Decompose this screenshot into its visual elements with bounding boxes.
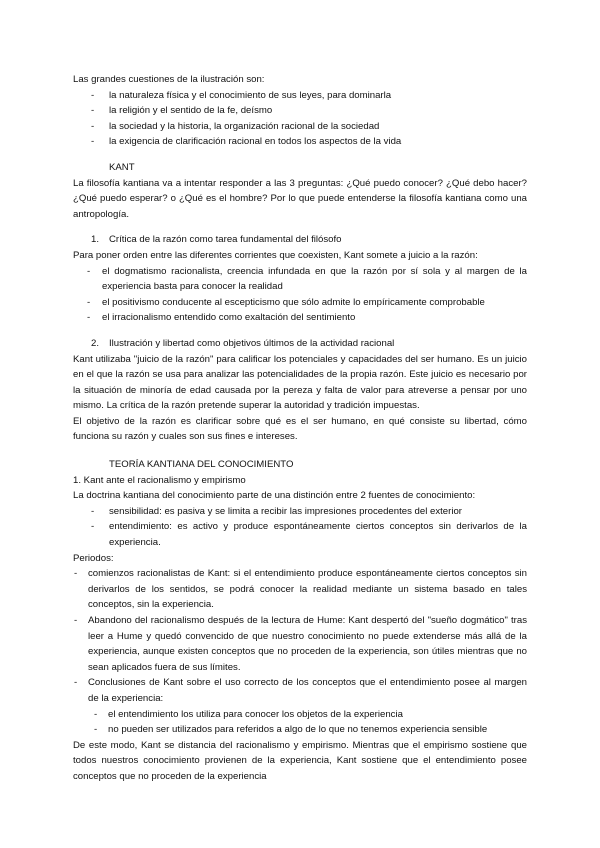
list-item: -la naturaleza física y el conocimiento … bbox=[73, 88, 527, 104]
dash-bullet: - bbox=[91, 119, 94, 135]
dash-bullet: - bbox=[74, 566, 77, 582]
document-page: Las grandes cuestiones de la ilustración… bbox=[73, 72, 527, 785]
list-item: -el irracionalismo entendido como exalta… bbox=[73, 310, 527, 326]
list-item: -sensibilidad: es pasiva y se limita a r… bbox=[73, 504, 527, 520]
list-item: -no pueden ser utilizados para referidos… bbox=[73, 722, 527, 738]
list-item: -el positivismo conducente al escepticis… bbox=[73, 295, 527, 311]
list-item: -entendimiento: es activo y produce espo… bbox=[73, 519, 527, 550]
section2-paragraph-2: El objetivo de la razón es clarificar so… bbox=[73, 414, 527, 445]
dash-bullet: - bbox=[91, 88, 94, 104]
list-item: -la sociedad y la historia, la organizac… bbox=[73, 119, 527, 135]
section2-paragraph-1: Kant utilizaba "juicio de la razón" para… bbox=[73, 352, 527, 414]
dash-bullet: - bbox=[74, 613, 77, 629]
section-title-kant: KANT bbox=[73, 160, 527, 176]
dash-bullet: - bbox=[94, 707, 97, 723]
teoria-intro: La doctrina kantiana del conocimiento pa… bbox=[73, 488, 527, 504]
section-heading-2: 2.Ilustración y libertad como objetivos … bbox=[73, 336, 527, 352]
dash-bullet: - bbox=[91, 103, 94, 119]
dash-bullet: - bbox=[91, 504, 94, 520]
list-item: -la religión y el sentido de la fe, deís… bbox=[73, 103, 527, 119]
list-item: -Abandono del racionalismo después de la… bbox=[73, 613, 527, 675]
section-heading-1: 1.Crítica de la razón como tarea fundame… bbox=[73, 232, 527, 248]
list-item: -Conclusiones de Kant sobre el uso corre… bbox=[73, 675, 527, 706]
closing-paragraph: De este modo, Kant se distancia del raci… bbox=[73, 738, 527, 785]
dash-bullet: - bbox=[74, 675, 77, 691]
list-item: -el dogmatismo racionalista, creencia in… bbox=[73, 264, 527, 295]
dash-bullet: - bbox=[91, 519, 94, 535]
dash-bullet: - bbox=[87, 310, 90, 326]
periods-label: Periodos: bbox=[73, 551, 527, 567]
intro-heading: Las grandes cuestiones de la ilustración… bbox=[73, 72, 527, 88]
teoria-subtitle: 1. Kant ante el racionalismo y empirismo bbox=[73, 473, 527, 489]
section-title-teoria: TEORÍA KANTIANA DEL CONOCIMIENTO bbox=[73, 457, 527, 473]
kant-paragraph: La filosofía kantiana va a intentar resp… bbox=[73, 176, 527, 223]
dash-bullet: - bbox=[87, 295, 90, 311]
dash-bullet: - bbox=[91, 134, 94, 150]
list-item: -el entendimiento los utiliza para conoc… bbox=[73, 707, 527, 723]
dash-bullet: - bbox=[94, 722, 97, 738]
dash-bullet: - bbox=[87, 264, 90, 280]
section1-intro: Para poner orden entre las diferentes co… bbox=[73, 248, 527, 264]
list-item: -comienzos racionalistas de Kant: si el … bbox=[73, 566, 527, 613]
list-item: -la exigencia de clarificación racional … bbox=[73, 134, 527, 150]
